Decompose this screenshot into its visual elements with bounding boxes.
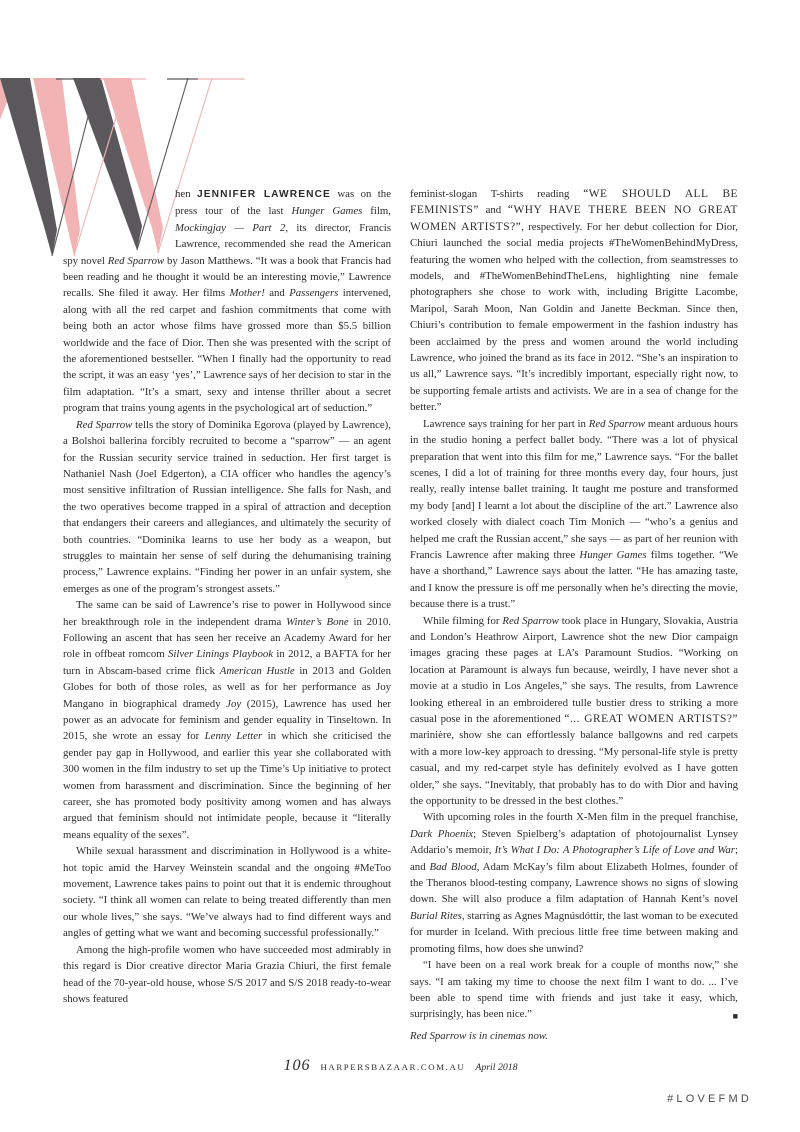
- article-paragraph: Lawrence says training for her part in R…: [410, 416, 738, 613]
- article-text-run: hen: [175, 188, 197, 200]
- article-text-run: tells the story of Dominika Egorova (pla…: [63, 419, 391, 595]
- article-text-run: Hunger Games: [579, 549, 646, 561]
- article-text-run: Bad Blood: [430, 861, 477, 873]
- article-text-run: Red Sparrow: [502, 615, 558, 627]
- article-paragraph: feminist-slogan T-shirts reading “WE SHO…: [410, 186, 738, 416]
- article-text-run: intervened, along with all the red carpe…: [63, 287, 391, 414]
- article-credit-line: Red Sparrow is in cinemas now.: [410, 1028, 738, 1044]
- article-paragraph: “I have been on a real work break for a …: [410, 957, 738, 1023]
- article-text-run: Burial Rites: [410, 910, 462, 922]
- article-text-run: Joy: [226, 698, 241, 710]
- article-paragraph: hen JENNIFER LAWRENCE was on the press t…: [63, 186, 391, 417]
- article-text-run: Silver Linings Playbook: [168, 648, 273, 660]
- article-text-run: Red Sparrow: [76, 419, 132, 431]
- article-text-run: Winter’s Bone: [286, 616, 349, 628]
- page-footer: 106 HARPERSBAZAAR.COM.AU April 2018: [63, 1057, 738, 1075]
- lovefmd-watermark: #LOVEFMD: [667, 1093, 752, 1105]
- article-text-run: film,: [362, 205, 391, 217]
- article-text-run: in which she criticised the gender pay g…: [63, 730, 391, 840]
- article-text-run: feminist-slogan T-shirts reading: [410, 188, 583, 200]
- article-text-run: Lenny Letter: [205, 730, 263, 742]
- article-paragraph: The same can be said of Lawrence’s rise …: [63, 597, 391, 843]
- dropcap-wrap-spacer: [63, 186, 175, 252]
- article-text-run: Hunger Games: [291, 205, 362, 217]
- article-text-run: Passengers: [289, 287, 338, 299]
- magazine-page: hen JENNIFER LAWRENCE was on the press t…: [0, 0, 800, 1132]
- article-paragraph: Among the high-profile women who have su…: [63, 942, 391, 1008]
- footer-site-url: HARPERSBAZAAR.COM.AU: [320, 1062, 465, 1072]
- article-text-run: Lawrence says training for her part in: [423, 418, 589, 430]
- article-text-run: “... GREAT WOMEN ARTISTS?”: [564, 713, 738, 725]
- article-paragraph: Red Sparrow tells the story of Dominika …: [63, 417, 391, 597]
- article-text-run: American Hustle: [220, 665, 295, 677]
- article-text-run: , respectively. For her debut collection…: [410, 221, 738, 413]
- article-text-run: “I have been on a real work break for a …: [410, 959, 738, 1020]
- article-text-run: Red Sparrow: [589, 418, 645, 430]
- article-text-run: Dark Phoenix: [410, 828, 473, 840]
- subject-name-text: JENNIFER LAWRENCE: [197, 189, 331, 200]
- article-column-left: hen JENNIFER LAWRENCE was on the press t…: [63, 186, 391, 1007]
- article-column-right: feminist-slogan T-shirts reading “WE SHO…: [410, 186, 738, 1044]
- article-paragraph: While filming for Red Sparrow took place…: [410, 613, 738, 810]
- article-text-run: took place in Hungary, Slovakia, Austria…: [410, 615, 738, 725]
- article-text-run: It’s What I Do: A Photographer’s Life of…: [495, 844, 735, 856]
- article-text-run: While filming for: [423, 615, 502, 627]
- article-text-run: With upcoming roles in the fourth X-Men …: [423, 811, 738, 823]
- article-text-run: Mockingjay — Part 2: [175, 222, 285, 234]
- article-text-run: Among the high-profile women who have su…: [63, 944, 391, 1005]
- article-text-run: Mother!: [230, 287, 265, 299]
- article-text-run: meant arduous hours in the studio honing…: [410, 418, 738, 561]
- article-paragraph: While sexual harassment and discriminati…: [63, 843, 391, 941]
- article-text-run: and: [265, 287, 289, 299]
- end-of-article-mark: ■: [720, 1012, 738, 1021]
- article-paragraph: With upcoming roles in the fourth X-Men …: [410, 809, 738, 957]
- article-text-run: Red Sparrow: [108, 255, 164, 267]
- article-text-run: and: [479, 204, 508, 216]
- page-number: 106: [283, 1057, 310, 1074]
- article-text-run: While sexual harassment and discriminati…: [63, 845, 391, 939]
- footer-issue-date: April 2018: [475, 1062, 517, 1073]
- article-text-run: Red Sparrow is in cinemas now.: [410, 1030, 548, 1042]
- article-text-run: marinière, show she can effortlessly bal…: [410, 729, 738, 807]
